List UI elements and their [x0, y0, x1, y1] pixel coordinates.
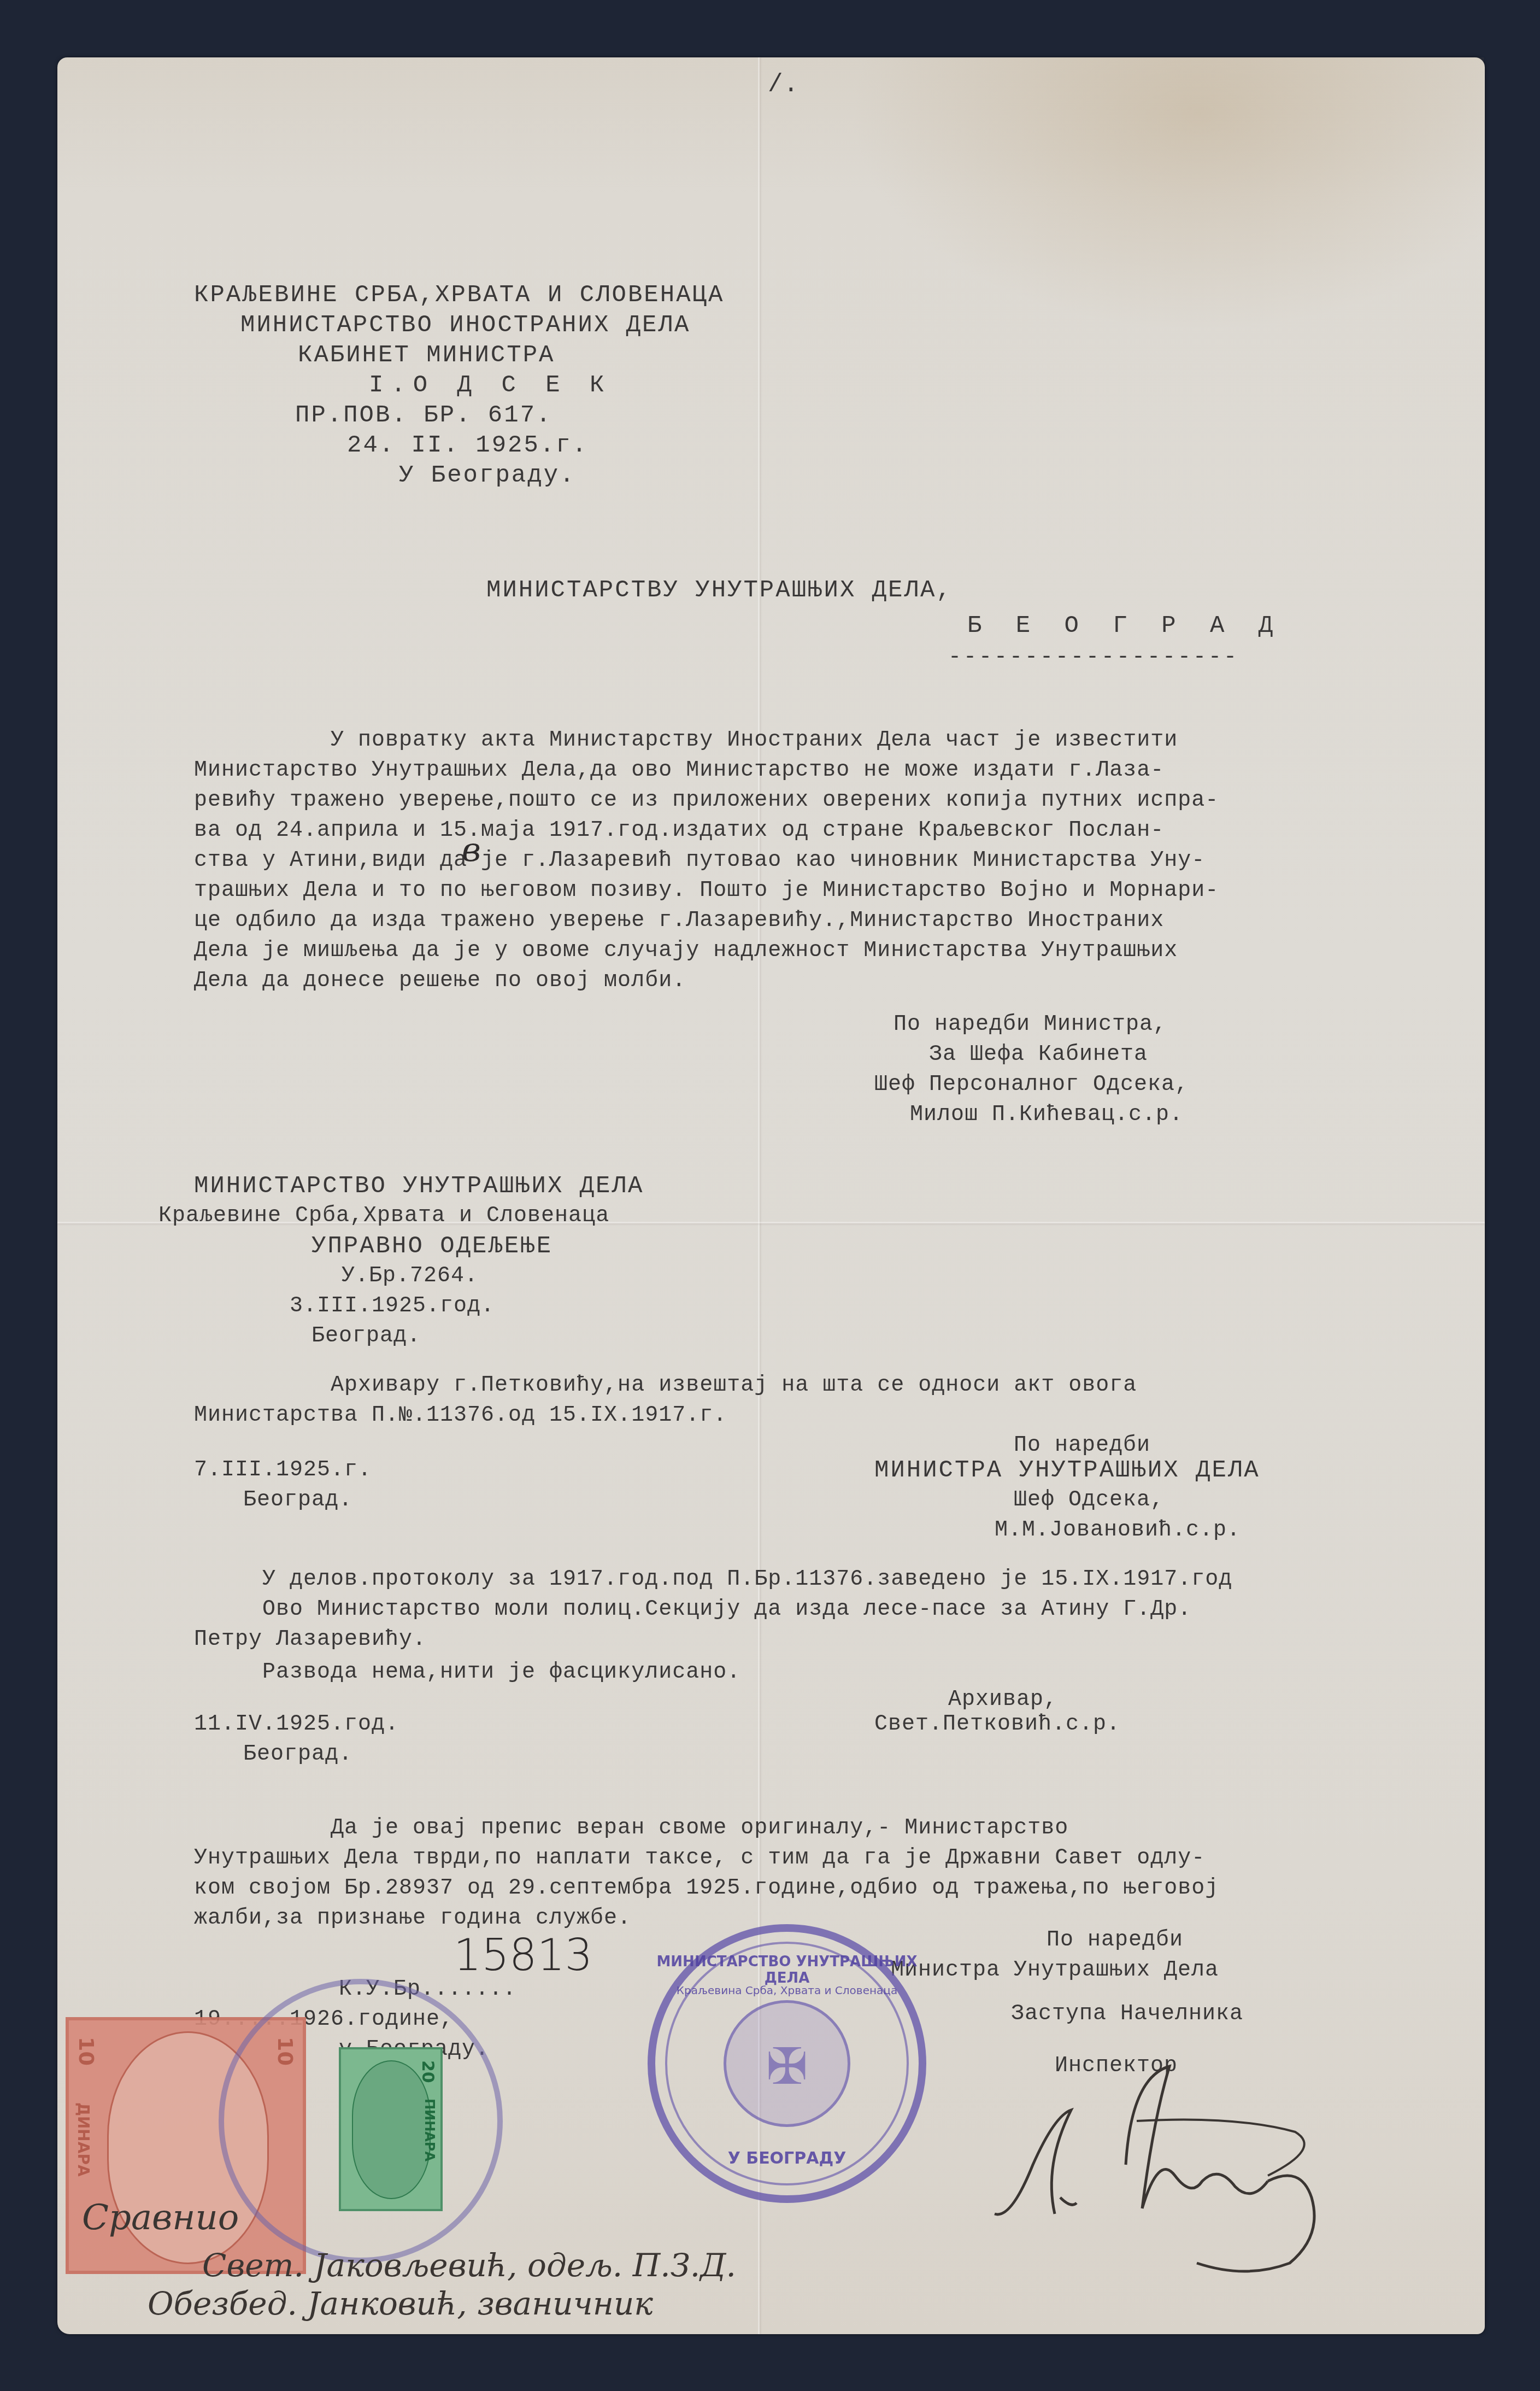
- signature-line: Шеф Одсека,: [1014, 1487, 1164, 1514]
- signature-name: Свет.Петковић.с.р.: [874, 1711, 1120, 1738]
- handwritten-note: Сравнио: [82, 2197, 239, 2238]
- archive-request-line: Архивару г.Петковићу,на извештај на шта …: [194, 1372, 1137, 1399]
- seal-outer-text: МИНИСТАРСТВО УНУТРАШЊИХ ДЕЛА: [655, 1954, 919, 1986]
- handwritten-note: Обезбед. Јанковић, званичник: [148, 2285, 653, 2322]
- archive-reply-line: Разводa нема,нити је фасцикулисано.: [194, 1659, 740, 1686]
- body-line: Дела је мишљења да је у овоме случају на…: [194, 937, 1178, 965]
- letterhead-date: 24. II. 1925.г.: [347, 432, 588, 459]
- body-line: трашњих Дела и то по његовом позиву. Пош…: [194, 877, 1219, 905]
- letterhead-line: КРАЉЕВИНЕ СРБА,ХРВАТА И СЛОВЕНАЦА: [194, 282, 724, 309]
- certification-line: ком својом Бр.28937 од 29.септембра 1925…: [194, 1875, 1219, 1902]
- body-line: ревићу тражено уверење,пошто се из прило…: [194, 787, 1219, 814]
- letterhead-line: МИНИСТАРСТВО ИНОСТРАНИХ ДЕЛА: [240, 312, 690, 339]
- second-header-date: 3.III.1925.год.: [290, 1293, 495, 1320]
- stamp-value: 10: [74, 2037, 98, 2066]
- signature-line: По наредби: [1047, 1927, 1183, 1954]
- signature-line: МИНИСТРА УНУТРАШЊИХ ДЕЛА: [874, 1457, 1260, 1484]
- stamp-label: ДИНАРА: [74, 2102, 92, 2177]
- signature-place: Београд.: [243, 1487, 352, 1514]
- body-line: ства у Атини,види да је г.Лазаревић путо…: [194, 847, 1205, 875]
- body-line: У повратку акта Министарству Иностраних …: [194, 727, 1178, 754]
- body-line: ва од 24.априла и 15.маја 1917.год.издат…: [194, 817, 1164, 845]
- letterhead-ref-number: ПР.ПОВ. БР. 617.: [295, 402, 552, 429]
- signature-place: Београд.: [243, 1741, 352, 1768]
- certification-line: Унутрашњих Дела тврди,по наплати таксе, …: [194, 1845, 1205, 1872]
- addressee-ministry: МИНИСТАРСТВУ УНУТРАШЊИХ ДЕЛА,: [486, 577, 953, 604]
- signature-date: 11.IV.1925.год.: [194, 1711, 399, 1738]
- second-header-line: МИНИСТАРСТВО УНУТРАШЊИХ ДЕЛА: [194, 1173, 644, 1200]
- signature-line: Министра Унутрашњих Дела: [891, 1957, 1219, 1984]
- seal-bottom-text: У БЕОГРАДУ: [655, 2149, 919, 2168]
- body-line: Дела да донесе решење по овој молби.: [194, 968, 686, 995]
- body-line: це одбило да изда тражено уверење г.Лаза…: [194, 907, 1164, 935]
- archive-reply-line: Ово Министарство моли полиц.Секцију да и…: [194, 1596, 1191, 1624]
- signature-date: 7.III.1925.г.: [194, 1457, 372, 1484]
- handwritten-number: 15813: [454, 1930, 593, 1980]
- addressee-underline: -------------------: [948, 644, 1239, 671]
- second-header-place: Београд.: [311, 1323, 421, 1350]
- signature-title: Архивар,: [948, 1686, 1057, 1714]
- handwritten-note: Свет. Јаковљевић, одељ. П.З.Д.: [202, 2247, 736, 2284]
- handwritten-correction: в: [462, 831, 481, 869]
- letterhead-section: I.О Д С Е К: [369, 372, 612, 399]
- cancellation-postmark: [219, 1979, 503, 2263]
- signature-line: Шеф Персоналног Одсека,: [874, 1071, 1189, 1099]
- letterhead-place: У Београду.: [399, 462, 575, 489]
- letterhead-line: КАБИНЕТ МИНИСТРА: [298, 342, 555, 369]
- archive-reply-line: Петру Лазаревићу.: [194, 1626, 426, 1654]
- body-line: Министарство Унутрашњих Дела,да ово Мини…: [194, 757, 1164, 784]
- seal-inner-text: Краљевина Срба, Хрвата и Словенаца: [655, 1984, 919, 1997]
- official-seal: МИНИСТАРСТВО УНУТРАШЊИХ ДЕЛА Краљевина С…: [648, 1924, 926, 2203]
- signature-line: Заступа Начелника: [1011, 2001, 1243, 2028]
- signature-name: Милош П.Кићевац.с.р.: [910, 1101, 1183, 1129]
- second-header-line: УПРАВНО ОДЕЉЕЊЕ: [311, 1233, 552, 1260]
- page-marker: /.: [768, 71, 799, 98]
- archive-reply-line: У делов.протоколу за 1917.год.под П.Бр.1…: [194, 1566, 1232, 1593]
- certification-line: жалби,за признање година службе.: [194, 1905, 631, 1932]
- signature-line: За Шефа Кабинета: [929, 1041, 1148, 1069]
- certification-line: Да је овај препис веран своме оригиналу,…: [194, 1815, 1068, 1842]
- signature-name: М.М.Јовановић.с.р.: [995, 1517, 1241, 1544]
- inspector-signature: [962, 2055, 1454, 2307]
- archive-request-line: Министарства П.№.11376.од 15.IX.1917.г.: [194, 1402, 727, 1429]
- double-headed-eagle-icon: ✠: [767, 2024, 807, 2104]
- paper-stain: [850, 57, 1484, 331]
- second-header-line: Краљевине Срба,Хрвата и Словенаца: [158, 1203, 609, 1230]
- addressee-city: Б Е О Г Р А Д: [967, 612, 1283, 640]
- second-header-ref: У.Бр.7264.: [342, 1263, 478, 1290]
- signature-line: По наредби Министра,: [894, 1011, 1167, 1039]
- signature-line: По наредби: [1014, 1432, 1150, 1460]
